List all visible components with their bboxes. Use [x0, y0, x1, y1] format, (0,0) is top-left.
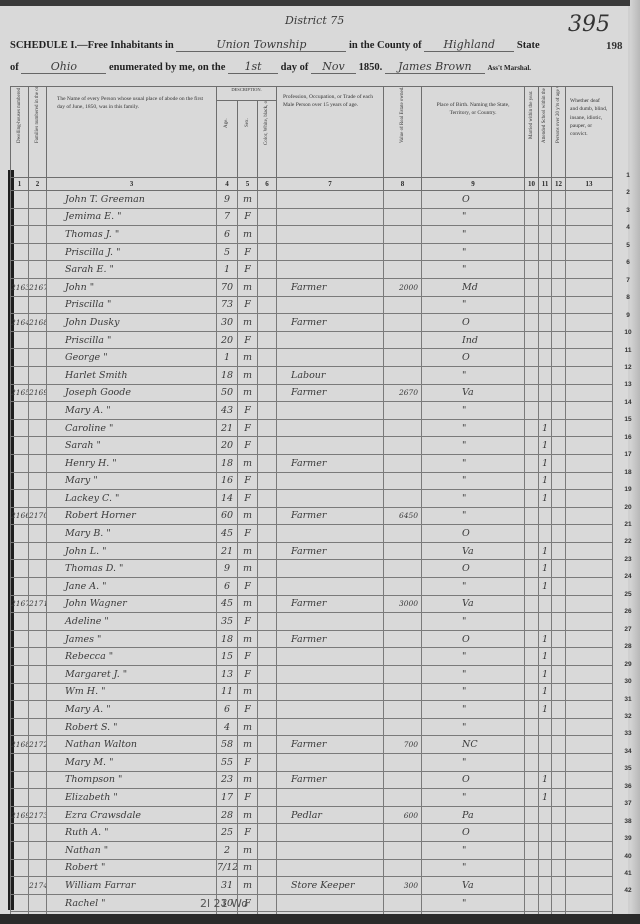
line-number: 36: [618, 783, 638, 790]
table-row: Thompson "23mFarmerO1: [11, 771, 613, 789]
cell-real-estate-value: 300: [384, 877, 422, 895]
cell-birthplace: Ind: [422, 331, 525, 349]
cell-sex: F: [238, 472, 258, 490]
cell-person-name: Ruth A. ": [47, 824, 217, 842]
cell-condition: [566, 208, 613, 226]
cell-condition: [566, 472, 613, 490]
col-header-illiterate: Persons over 20 y'rs of age who cannot r…: [552, 87, 566, 178]
cell-birthplace: O: [422, 349, 525, 367]
table-row: Thomas J. "6m": [11, 226, 613, 244]
cell-illiterate: [552, 278, 566, 296]
census-table: Dwelling-houses numbered in the order of…: [10, 86, 613, 924]
state-label: State: [517, 40, 540, 51]
cell-family-number: [29, 226, 47, 244]
cell-married: [525, 331, 539, 349]
cell-age: 45: [217, 525, 238, 543]
cell-person-name: Mary A. ": [47, 701, 217, 719]
table-row: 21662170Robert Horner60mFarmer6450": [11, 507, 613, 525]
cell-illiterate: [552, 841, 566, 859]
cell-color: [258, 454, 277, 472]
cell-illiterate: [552, 243, 566, 261]
cell-age: 6: [217, 226, 238, 244]
cell-birthplace: Pa: [422, 806, 525, 824]
cell-attended-school: 1: [539, 701, 552, 719]
col-header-married: Married within the year.: [525, 87, 539, 178]
cell-color: [258, 630, 277, 648]
cell-person-name: James ": [47, 630, 217, 648]
cell-sex: m: [238, 595, 258, 613]
cell-person-name: Elizabeth ": [47, 789, 217, 807]
line-number: 14: [618, 399, 638, 406]
cell-sex: m: [238, 877, 258, 895]
cell-age: 45: [217, 595, 238, 613]
line-number: 40: [618, 853, 638, 860]
cell-color: [258, 402, 277, 420]
cell-family-number: [29, 296, 47, 314]
cell-illiterate: [552, 402, 566, 420]
cell-real-estate-value: [384, 419, 422, 437]
cell-sex: m: [238, 226, 258, 244]
cell-color: [258, 542, 277, 560]
cell-real-estate-value: [384, 666, 422, 684]
cell-dwelling-number: [11, 261, 29, 279]
cell-age: 5: [217, 243, 238, 261]
cell-age: 1: [217, 349, 238, 367]
cell-family-number: [29, 666, 47, 684]
cell-married: [525, 437, 539, 455]
cell-age: 14: [217, 490, 238, 508]
cell-color: [258, 841, 277, 859]
cell-attended-school: 1: [539, 578, 552, 596]
cell-illiterate: [552, 331, 566, 349]
cell-sex: F: [238, 243, 258, 261]
cell-condition: [566, 666, 613, 684]
cell-sex: m: [238, 314, 258, 332]
cell-occupation: Pedlar: [277, 806, 384, 824]
cell-illiterate: [552, 789, 566, 807]
cell-sex: F: [238, 701, 258, 719]
cell-person-name: Mary A. ": [47, 402, 217, 420]
cell-birthplace: ": [422, 507, 525, 525]
cell-real-estate-value: [384, 789, 422, 807]
table-row: Ruth A. "25FO: [11, 824, 613, 842]
cell-attended-school: [539, 806, 552, 824]
col-header-condition: Whether deaf and dumb, blind, insane, id…: [566, 87, 613, 178]
cell-attended-school: 1: [539, 454, 552, 472]
cell-condition: [566, 507, 613, 525]
cell-occupation: [277, 296, 384, 314]
cell-occupation: [277, 754, 384, 772]
scan-bottom-edge: [0, 914, 640, 924]
cell-condition: [566, 525, 613, 543]
header-line-1: SCHEDULE I.—Free Inhabitants in Union To…: [10, 38, 540, 52]
cell-occupation: [277, 789, 384, 807]
cell-birthplace: ": [422, 226, 525, 244]
cell-condition: [566, 806, 613, 824]
table-row: Caroline "21F"1: [11, 419, 613, 437]
cell-person-name: Thomas D. ": [47, 560, 217, 578]
cell-birthplace: ": [422, 613, 525, 631]
cell-married: [525, 191, 539, 209]
cell-dwelling-number: [11, 771, 29, 789]
cell-condition: [566, 560, 613, 578]
cell-condition: [566, 824, 613, 842]
marshal-label: Ass't Marshal.: [487, 64, 531, 72]
cell-condition: [566, 578, 613, 596]
cell-family-number: 2170: [29, 507, 47, 525]
cell-married: [525, 683, 539, 701]
cell-age: 18: [217, 366, 238, 384]
cell-age: 21: [217, 419, 238, 437]
cell-birthplace: ": [422, 490, 525, 508]
cell-color: [258, 877, 277, 895]
cell-illiterate: [552, 877, 566, 895]
cell-dwelling-number: [11, 542, 29, 560]
cell-condition: [566, 894, 613, 912]
cell-color: [258, 525, 277, 543]
cell-attended-school: [539, 525, 552, 543]
cell-color: [258, 754, 277, 772]
cell-family-number: [29, 560, 47, 578]
cell-age: 15: [217, 648, 238, 666]
cell-occupation: [277, 683, 384, 701]
cell-family-number: [29, 542, 47, 560]
cell-married: [525, 208, 539, 226]
col-header-name: The Name of every Person whose usual pla…: [47, 87, 217, 178]
cell-married: [525, 648, 539, 666]
cell-birthplace: Va: [422, 384, 525, 402]
cell-married: [525, 560, 539, 578]
cell-attended-school: 1: [539, 648, 552, 666]
cell-attended-school: [539, 507, 552, 525]
cell-attended-school: [539, 613, 552, 631]
cell-attended-school: [539, 349, 552, 367]
cell-birthplace: ": [422, 437, 525, 455]
cell-occupation: Farmer: [277, 278, 384, 296]
cell-person-name: Wm H. ": [47, 683, 217, 701]
cell-sex: F: [238, 331, 258, 349]
cell-occupation: [277, 859, 384, 877]
cell-dwelling-number: [11, 226, 29, 244]
cell-birthplace: ": [422, 261, 525, 279]
cell-attended-school: [539, 894, 552, 912]
cell-occupation: [277, 191, 384, 209]
cell-color: [258, 278, 277, 296]
cell-person-name: Rachel ": [47, 894, 217, 912]
cell-birthplace: ": [422, 648, 525, 666]
cell-illiterate: [552, 226, 566, 244]
cell-dwelling-number: 2164: [11, 314, 29, 332]
cell-person-name: William Farrar: [47, 877, 217, 895]
cell-condition: [566, 454, 613, 472]
cell-sex: F: [238, 824, 258, 842]
cell-occupation: Farmer: [277, 454, 384, 472]
cell-real-estate-value: [384, 191, 422, 209]
cell-attended-school: [539, 191, 552, 209]
cell-family-number: [29, 261, 47, 279]
cell-family-number: [29, 331, 47, 349]
cell-person-name: Priscilla ": [47, 296, 217, 314]
table-row: Robert "7/12m": [11, 859, 613, 877]
cell-dwelling-number: [11, 331, 29, 349]
cell-sex: F: [238, 419, 258, 437]
cell-birthplace: ": [422, 208, 525, 226]
cell-age: 6: [217, 701, 238, 719]
cell-condition: [566, 226, 613, 244]
cell-family-number: [29, 754, 47, 772]
cell-person-name: John ": [47, 278, 217, 296]
col-header-occupation: Profession, Occupation, or Trade of each…: [277, 87, 384, 178]
cell-dwelling-number: [11, 191, 29, 209]
table-row: Elizabeth "17F"1: [11, 789, 613, 807]
cell-real-estate-value: 700: [384, 736, 422, 754]
of-label: of: [10, 62, 19, 73]
cell-birthplace: ": [422, 894, 525, 912]
cell-attended-school: 1: [539, 666, 552, 684]
cell-person-name: Mary ": [47, 472, 217, 490]
cell-sex: m: [238, 718, 258, 736]
cell-color: [258, 208, 277, 226]
cell-attended-school: 1: [539, 789, 552, 807]
line-number: 21: [618, 521, 638, 528]
cell-real-estate-value: [384, 648, 422, 666]
cell-real-estate-value: [384, 331, 422, 349]
table-row: Priscilla "73F": [11, 296, 613, 314]
cell-sex: F: [238, 525, 258, 543]
table-row: 21682172Nathan Walton58mFarmer700NC: [11, 736, 613, 754]
cell-sex: m: [238, 630, 258, 648]
cell-married: [525, 578, 539, 596]
line-number: 1: [618, 172, 638, 179]
line-number: 5: [618, 242, 638, 249]
line-number: 27: [618, 626, 638, 633]
cell-occupation: [277, 824, 384, 842]
day-of-label: day of: [281, 62, 309, 73]
cell-condition: [566, 296, 613, 314]
cell-color: [258, 261, 277, 279]
cell-birthplace: O: [422, 191, 525, 209]
line-number: 34: [618, 748, 638, 755]
cell-age: 9: [217, 191, 238, 209]
cell-illiterate: [552, 595, 566, 613]
cell-dwelling-number: 2166: [11, 507, 29, 525]
cell-dwelling-number: [11, 419, 29, 437]
cell-color: [258, 595, 277, 613]
cell-married: [525, 666, 539, 684]
cell-dwelling-number: [11, 366, 29, 384]
cell-attended-school: [539, 331, 552, 349]
cell-dwelling-number: 2165: [11, 384, 29, 402]
cell-sex: m: [238, 542, 258, 560]
cell-real-estate-value: [384, 226, 422, 244]
line-number: 29: [618, 661, 638, 668]
cell-sex: m: [238, 683, 258, 701]
cell-attended-school: [539, 243, 552, 261]
cell-illiterate: [552, 578, 566, 596]
archive-stamp: 2l 21 Wo: [200, 897, 248, 910]
col-header-birthplace: Place of Birth. Naming the State, Territ…: [422, 87, 525, 178]
cell-family-number: [29, 208, 47, 226]
cell-illiterate: [552, 859, 566, 877]
cell-occupation: [277, 472, 384, 490]
cell-color: [258, 314, 277, 332]
cell-family-number: [29, 437, 47, 455]
cell-dwelling-number: [11, 683, 29, 701]
cell-person-name: Priscilla ": [47, 331, 217, 349]
line-number: 37: [618, 800, 638, 807]
cell-real-estate-value: 2670: [384, 384, 422, 402]
cell-condition: [566, 841, 613, 859]
table-row: Rebecca "15F"1: [11, 648, 613, 666]
cell-attended-school: [539, 261, 552, 279]
cell-real-estate-value: [384, 261, 422, 279]
township-field: Union Township: [176, 38, 346, 52]
cell-color: [258, 490, 277, 508]
cell-married: [525, 296, 539, 314]
cell-occupation: [277, 226, 384, 244]
cell-real-estate-value: [384, 824, 422, 842]
cell-attended-school: [539, 384, 552, 402]
cell-age: 58: [217, 736, 238, 754]
cell-real-estate-value: [384, 718, 422, 736]
cell-dwelling-number: [11, 525, 29, 543]
cell-dwelling-number: [11, 789, 29, 807]
cell-married: [525, 261, 539, 279]
line-number: 8: [618, 294, 638, 301]
cell-real-estate-value: [384, 525, 422, 543]
page-number: 395: [568, 12, 610, 37]
cell-condition: [566, 877, 613, 895]
cell-sex: F: [238, 613, 258, 631]
cell-occupation: [277, 894, 384, 912]
cell-age: 9: [217, 560, 238, 578]
cell-real-estate-value: [384, 296, 422, 314]
cell-real-estate-value: [384, 701, 422, 719]
table-row: Harlet Smith18mLabour": [11, 366, 613, 384]
cell-family-number: [29, 824, 47, 842]
cell-sex: m: [238, 454, 258, 472]
cell-dwelling-number: [11, 560, 29, 578]
cell-real-estate-value: [384, 578, 422, 596]
line-number: 32: [618, 713, 638, 720]
column-number-row: 123 456 789 101112 13: [11, 178, 613, 191]
cell-person-name: Thomas J. ": [47, 226, 217, 244]
county-label: in the County of: [349, 40, 422, 51]
cell-person-name: Mary M. ": [47, 754, 217, 772]
cell-real-estate-value: [384, 542, 422, 560]
cell-sex: F: [238, 789, 258, 807]
cell-dwelling-number: [11, 472, 29, 490]
cell-color: [258, 666, 277, 684]
cell-condition: [566, 630, 613, 648]
cell-illiterate: [552, 736, 566, 754]
line-number: 17: [618, 451, 638, 458]
cell-person-name: Sarah E. ": [47, 261, 217, 279]
cell-attended-school: 1: [539, 630, 552, 648]
cell-married: [525, 525, 539, 543]
cell-occupation: [277, 613, 384, 631]
cell-color: [258, 331, 277, 349]
cell-occupation: [277, 666, 384, 684]
cell-family-number: 2174: [29, 877, 47, 895]
cell-dwelling-number: [11, 824, 29, 842]
cell-family-number: [29, 683, 47, 701]
cell-married: [525, 595, 539, 613]
cell-attended-school: [539, 824, 552, 842]
cell-family-number: [29, 613, 47, 631]
cell-married: [525, 366, 539, 384]
cell-occupation: [277, 349, 384, 367]
line-number: 4: [618, 224, 638, 231]
cell-married: [525, 226, 539, 244]
col-header-dwelling: Dwelling-houses numbered in the order of…: [11, 87, 29, 178]
cell-family-number: 2169: [29, 384, 47, 402]
cell-real-estate-value: [384, 630, 422, 648]
cell-age: 28: [217, 806, 238, 824]
cell-attended-school: [539, 754, 552, 772]
cell-dwelling-number: [11, 349, 29, 367]
cell-attended-school: [539, 877, 552, 895]
cell-married: [525, 824, 539, 842]
cell-age: 25: [217, 824, 238, 842]
line-number: 3: [618, 207, 638, 214]
cell-condition: [566, 542, 613, 560]
cell-attended-school: [539, 314, 552, 332]
cell-married: [525, 542, 539, 560]
cell-family-number: 2171: [29, 595, 47, 613]
cell-dwelling-number: [11, 666, 29, 684]
cell-illiterate: [552, 419, 566, 437]
cell-sex: m: [238, 771, 258, 789]
cell-occupation: [277, 261, 384, 279]
cell-person-name: Robert S. ": [47, 718, 217, 736]
cell-real-estate-value: [384, 859, 422, 877]
cell-dwelling-number: [11, 296, 29, 314]
cell-sex: m: [238, 859, 258, 877]
cell-person-name: Thompson ": [47, 771, 217, 789]
cell-illiterate: [552, 261, 566, 279]
cell-illiterate: [552, 314, 566, 332]
cell-family-number: [29, 789, 47, 807]
cell-family-number: 2173: [29, 806, 47, 824]
col-header-family: Families numbered in the order of visita…: [29, 87, 47, 178]
cell-dwelling-number: [11, 208, 29, 226]
cell-occupation: Farmer: [277, 736, 384, 754]
cell-color: [258, 366, 277, 384]
cell-dwelling-number: [11, 578, 29, 596]
cell-family-number: [29, 243, 47, 261]
cell-condition: [566, 754, 613, 772]
cell-married: [525, 736, 539, 754]
cell-family-number: [29, 648, 47, 666]
cell-age: 60: [217, 507, 238, 525]
cell-family-number: [29, 349, 47, 367]
cell-occupation: [277, 331, 384, 349]
cell-color: [258, 824, 277, 842]
cell-color: [258, 894, 277, 912]
cell-attended-school: [539, 841, 552, 859]
cell-condition: [566, 595, 613, 613]
cell-illiterate: [552, 191, 566, 209]
cell-color: [258, 683, 277, 701]
line-number: 2: [618, 189, 638, 196]
cell-birthplace: ": [422, 859, 525, 877]
cell-family-number: [29, 419, 47, 437]
cell-married: [525, 841, 539, 859]
line-number: 26: [618, 608, 638, 615]
line-number: 33: [618, 730, 638, 737]
cell-illiterate: [552, 630, 566, 648]
